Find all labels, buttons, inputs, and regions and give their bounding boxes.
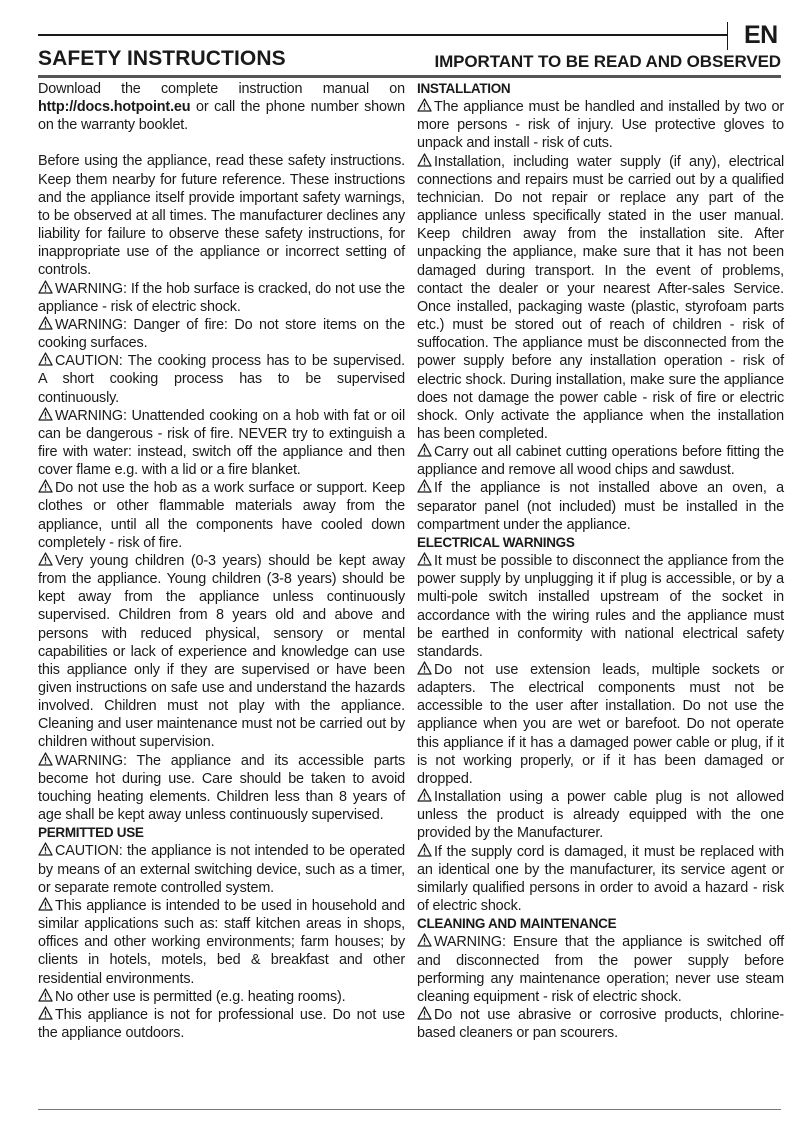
warning-item: Do not use abrasive or corrosive product…	[417, 1006, 784, 1042]
warning-triangle-icon	[38, 897, 53, 911]
warning-item: CAUTION: The cooking process has to be s…	[38, 352, 405, 406]
warning-item: If the appliance is not installed above …	[417, 479, 784, 533]
right-column: INSTALLATION The appliance must be handl…	[417, 80, 784, 1042]
warning-triangle-icon	[38, 407, 53, 421]
warning-triangle-icon	[38, 752, 53, 766]
intro-paragraph-2: Before using the appliance, read these s…	[38, 152, 405, 279]
warning-triangle-icon	[417, 843, 432, 857]
warning-item: Very young children (0-3 years) should b…	[38, 552, 405, 752]
page-title: SAFETY INSTRUCTIONS	[38, 46, 286, 72]
warning-triangle-icon	[417, 661, 432, 675]
section-heading-installation: INSTALLATION	[417, 80, 784, 98]
warning-triangle-icon	[417, 443, 432, 457]
warning-triangle-icon	[38, 479, 53, 493]
warning-triangle-icon	[417, 788, 432, 802]
warning-item: The appliance must be handled and instal…	[417, 98, 784, 152]
section-heading-electrical-warnings: ELECTRICAL WARNINGS	[417, 534, 784, 552]
intro-paragraph: Download the complete instruction manual…	[38, 80, 405, 134]
top-rule	[38, 34, 728, 36]
manual-link[interactable]: http://docs.hotpoint.eu	[38, 99, 190, 115]
warning-triangle-icon	[38, 1006, 53, 1020]
warning-triangle-icon	[417, 153, 432, 167]
warning-triangle-icon	[417, 933, 432, 947]
header-rule	[38, 75, 781, 78]
page-subtitle: IMPORTANT TO BE READ AND OBSERVED	[435, 51, 782, 73]
warning-item: WARNING: Unattended cooking on a hob wit…	[38, 407, 405, 480]
warning-item: Do not use extension leads, multiple soc…	[417, 661, 784, 788]
warning-triangle-icon	[38, 352, 53, 366]
warning-triangle-icon	[38, 842, 53, 856]
warning-item: WARNING: The appliance and its accessibl…	[38, 752, 405, 825]
warning-item: WARNING: Danger of fire: Do not store it…	[38, 316, 405, 352]
warning-triangle-icon	[38, 280, 53, 294]
warning-item: This appliance is not for professional u…	[38, 1006, 405, 1042]
warning-triangle-icon	[417, 98, 432, 112]
warning-item: No other use is permitted (e.g. heating …	[38, 988, 405, 1006]
language-code: EN	[744, 20, 778, 50]
warning-triangle-icon	[38, 316, 53, 330]
warning-item: CAUTION: the appliance is not intended t…	[38, 842, 405, 896]
warning-item: WARNING: Ensure that the appliance is sw…	[417, 933, 784, 1006]
warning-item: Installation using a power cable plug is…	[417, 788, 784, 842]
warning-item: WARNING: If the hob surface is cracked, …	[38, 280, 405, 316]
warning-item: This appliance is intended to be used in…	[38, 897, 405, 988]
left-column: Download the complete instruction manual…	[38, 80, 405, 1042]
warning-item: If the supply cord is damaged, it must b…	[417, 843, 784, 916]
top-rule-tick	[727, 22, 728, 50]
warning-triangle-icon	[38, 988, 53, 1002]
section-heading-cleaning: CLEANING AND MAINTENANCE	[417, 915, 784, 933]
warning-item: Do not use the hob as a work surface or …	[38, 479, 405, 552]
warning-triangle-icon	[417, 479, 432, 493]
warning-triangle-icon	[417, 552, 432, 566]
warning-item: Installation, including water supply (if…	[417, 153, 784, 444]
warning-item: It must be possible to disconnect the ap…	[417, 552, 784, 661]
warning-item: Carry out all cabinet cutting operations…	[417, 443, 784, 479]
warning-triangle-icon	[417, 1006, 432, 1020]
section-heading-permitted-use: PERMITTED USE	[38, 824, 405, 842]
warning-triangle-icon	[38, 552, 53, 566]
spacer	[38, 134, 405, 152]
footer-rule	[38, 1109, 781, 1110]
